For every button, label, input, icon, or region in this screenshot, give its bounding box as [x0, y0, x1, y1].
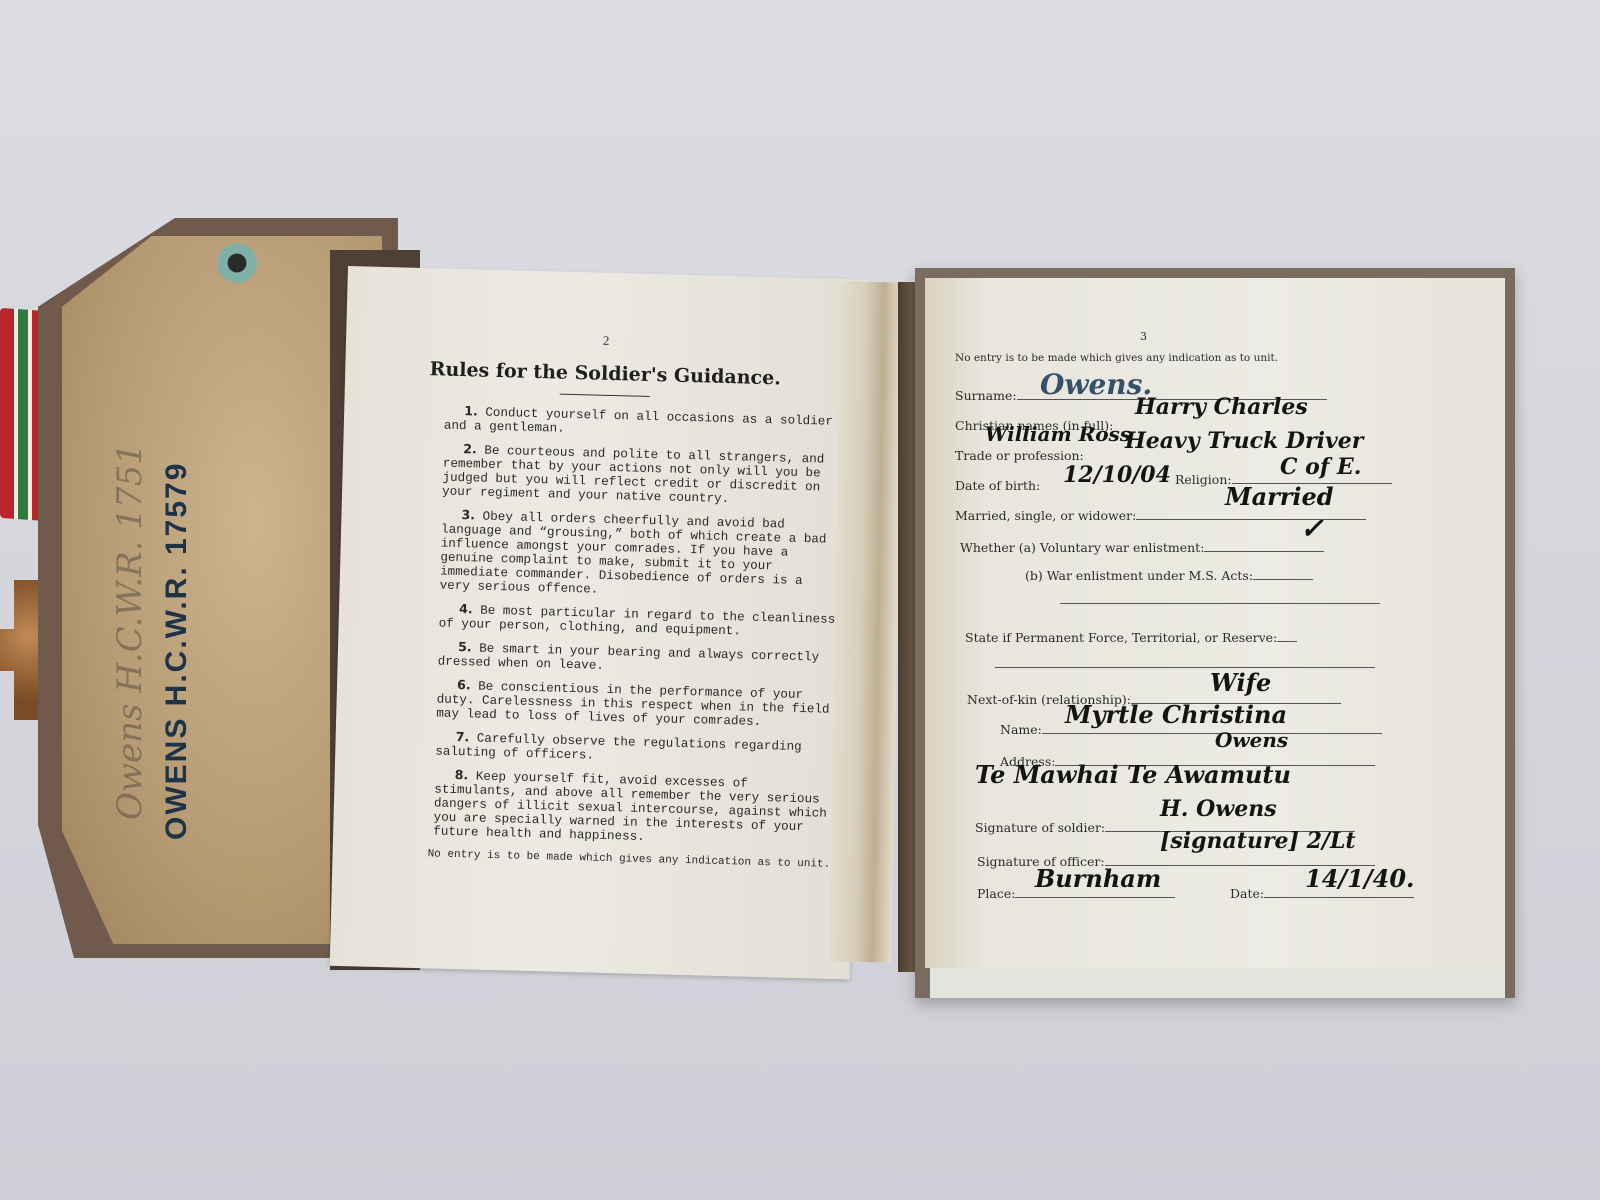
ms-acts-field: (b) War enlistment under M.S. Acts:	[1025, 568, 1313, 583]
rule-item: 4. Be most particular in regard to the c…	[438, 602, 837, 641]
address-value: Te Mawhai Te Awamutu	[975, 760, 1291, 789]
dob-field: Date of birth:	[955, 478, 1040, 493]
blank-line	[995, 656, 1375, 671]
force-type-field: State if Permanent Force, Territorial, o…	[965, 630, 1297, 645]
dob-value: 12/10/04	[1063, 462, 1171, 488]
rule-item: 2. Be courteous and polite to all strang…	[442, 442, 841, 509]
trade-field: Trade or profession:	[955, 448, 1084, 463]
soldier-signature-value: H. Owens	[1160, 796, 1277, 822]
religion-value: C of E.	[1280, 454, 1361, 480]
christian-names-value-1: Harry Charles	[1135, 394, 1308, 420]
officer-signature-value: [signature] 2/Lt	[1160, 828, 1356, 854]
rules-list: 1. Conduct yourself on all occasions as …	[333, 401, 864, 849]
next-of-kin-value: Wife	[1210, 668, 1271, 697]
kin-name-value-1: Myrtle Christina	[1065, 700, 1287, 729]
rule-item: 5. Be smart in your bearing and always c…	[437, 639, 836, 678]
voluntary-checkmark: ✓	[1300, 512, 1323, 545]
form-header: No entry is to be made which gives any i…	[955, 352, 1278, 364]
place-value: Burnham	[1035, 864, 1161, 893]
rule-item: 7. Carefully observe the regulations reg…	[435, 729, 834, 768]
trade-value: Heavy Truck Driver	[1125, 428, 1363, 454]
page-number: 2	[346, 326, 866, 356]
rule-item: 6. Be conscientious in the performance o…	[436, 677, 835, 730]
voluntary-enlistment-field: Whether (a) Voluntary war enlistment:	[960, 540, 1324, 555]
cover-ink-label: OWENS H.C.W.R. 17579	[160, 462, 194, 840]
christian-names-value-2: William Ross	[985, 422, 1131, 446]
title-rule	[560, 394, 650, 397]
cover-pencil-label: Owens H.C.W.R. 1751	[110, 443, 150, 820]
rule-item: 1. Conduct yourself on all occasions as …	[444, 404, 843, 443]
page-title: Rules for the Soldier's Guidance.	[345, 356, 865, 392]
kin-name-value-2: Owens	[1215, 728, 1288, 752]
eyelet-icon	[214, 240, 260, 286]
blank-line	[1060, 592, 1380, 607]
rule-item: 8. Keep yourself fit, avoid excesses of …	[433, 767, 833, 848]
page-number: 3	[1140, 330, 1147, 343]
date-value: 14/1/40.	[1305, 864, 1414, 893]
marital-status-value: Married	[1225, 482, 1334, 511]
page-footer-note: No entry is to be made which gives any i…	[333, 846, 853, 872]
page-left: 2 Rules for the Soldier's Guidance. 1. C…	[330, 266, 868, 979]
rule-item: 3. Obey all orders cheerfully and avoid …	[439, 508, 839, 603]
torn-page-edges	[829, 282, 903, 963]
